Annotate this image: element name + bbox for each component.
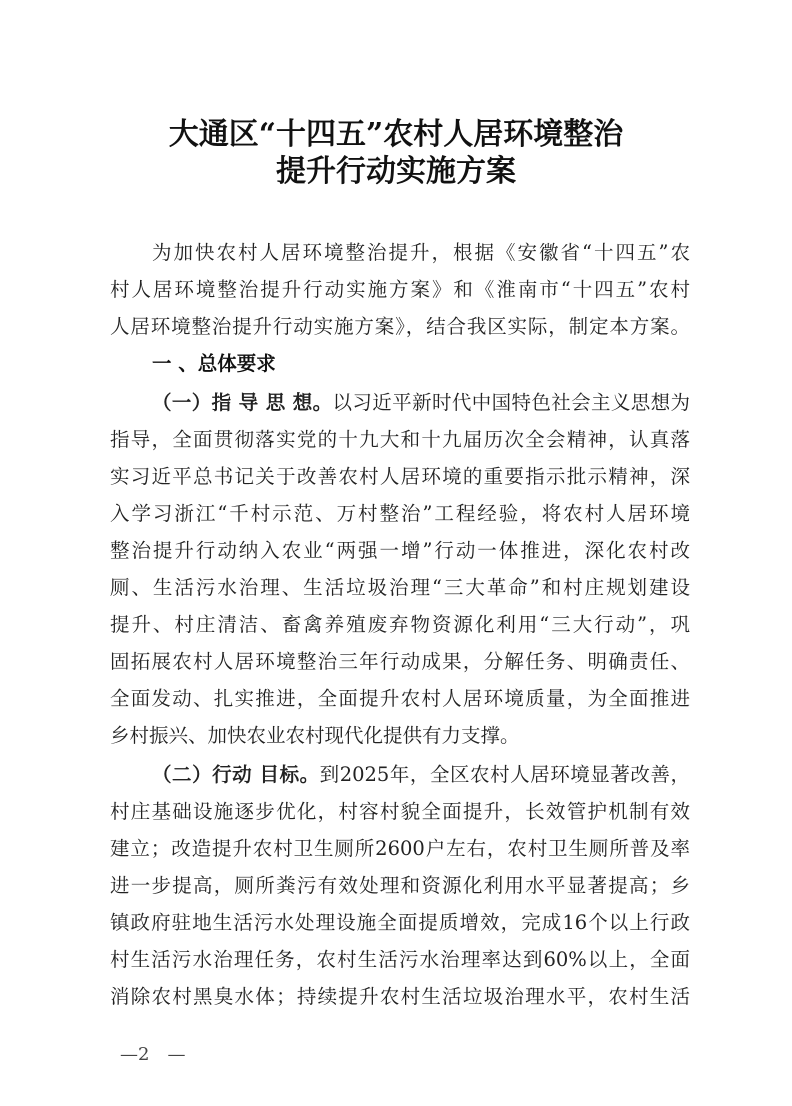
section-heading-general-requirements: 一 、总体要求 bbox=[152, 349, 276, 379]
sub1-line-7: 提升、村庄清洁、畜禽养殖废弃物资源化利用“三大行动”，巩 bbox=[110, 610, 690, 640]
document-page: 大通区“十四五”农村人居环境整治 提升行动实施方案 为加快农村人居环境整治提升，… bbox=[0, 0, 792, 1106]
sub2-line-3: 建立；改造提升农村卫生厕所2600户左右，农村卫生厕所普及率 bbox=[110, 834, 690, 864]
intro-line-2: 村人居环境整治提升行动实施方案》和《淮南市“十四五”农村 bbox=[110, 275, 690, 305]
sub2-label: （二）行动 目标。 bbox=[152, 763, 320, 786]
sub2-text-1: 到2025年，全区农村人居环境显著改善， bbox=[320, 763, 690, 786]
sub1-line-10: 乡村振兴、加快农业农村现代化提供有力支撑。 bbox=[110, 721, 690, 751]
sub1-text-1: 以习近平新时代中国特色社会主义思想为 bbox=[333, 391, 690, 414]
intro-line-1: 为加快农村人居环境整治提升，根据《安徽省“十四五”农 bbox=[152, 238, 690, 268]
sub2-line-6: 村生活污水治理任务，农村生活污水治理率达到60%以上，全面 bbox=[110, 945, 690, 975]
page-number: —2 — bbox=[120, 1040, 185, 1066]
sub1-line-1: （一）指 导 思 想。以习近平新时代中国特色社会主义思想为 bbox=[152, 388, 690, 418]
document-title-line-2: 提升行动实施方案 bbox=[0, 152, 792, 192]
sub1-line-2: 指导，全面贯彻落实党的十九大和十九届历次全会精神，认真落 bbox=[110, 425, 690, 455]
sub1-line-8: 固拓展农村人居环境整治三年行动成果，分解任务、明确责任、 bbox=[110, 647, 690, 677]
sub2-line-2: 村庄基础设施逐步优化，村容村貌全面提升，长效管护机制有效 bbox=[110, 797, 690, 827]
sub2-line-7: 消除农村黑臭水体；持续提升农村生活垃圾治理水平，农村生活 bbox=[110, 982, 690, 1012]
sub1-line-3: 实习近平总书记关于改善农村人居环境的重要指示批示精神，深 bbox=[110, 462, 690, 492]
sub1-line-6: 厕、生活污水治理、生活垃圾治理“三大革命”和村庄规划建设 bbox=[110, 573, 690, 603]
sub1-line-9: 全面发动、扎实推进，全面提升农村人居环境质量，为全面推进 bbox=[110, 684, 690, 714]
sub2-line-1: （二）行动 目标。到2025年，全区农村人居环境显著改善， bbox=[152, 760, 690, 790]
document-title-line-1: 大通区“十四五”农村人居环境整治 bbox=[0, 115, 792, 155]
sub2-line-5: 镇政府驻地生活污水处理设施全面提质增效，完成16个以上行政 bbox=[110, 908, 690, 938]
sub1-line-4: 入学习浙江“千村示范、万村整治”工程经验，将农村人居环境 bbox=[110, 499, 690, 529]
sub2-line-4: 进一步提高，厕所粪污有效处理和资源化利用水平显著提高；乡 bbox=[110, 871, 690, 901]
intro-line-3: 人居环境整治提升行动实施方案》，结合我区实际，制定本方案。 bbox=[110, 312, 690, 342]
sub1-line-5: 整治提升行动纳入农业“两强一增”行动一体推进，深化农村改 bbox=[110, 536, 690, 566]
sub1-label: （一）指 导 思 想。 bbox=[152, 391, 333, 414]
